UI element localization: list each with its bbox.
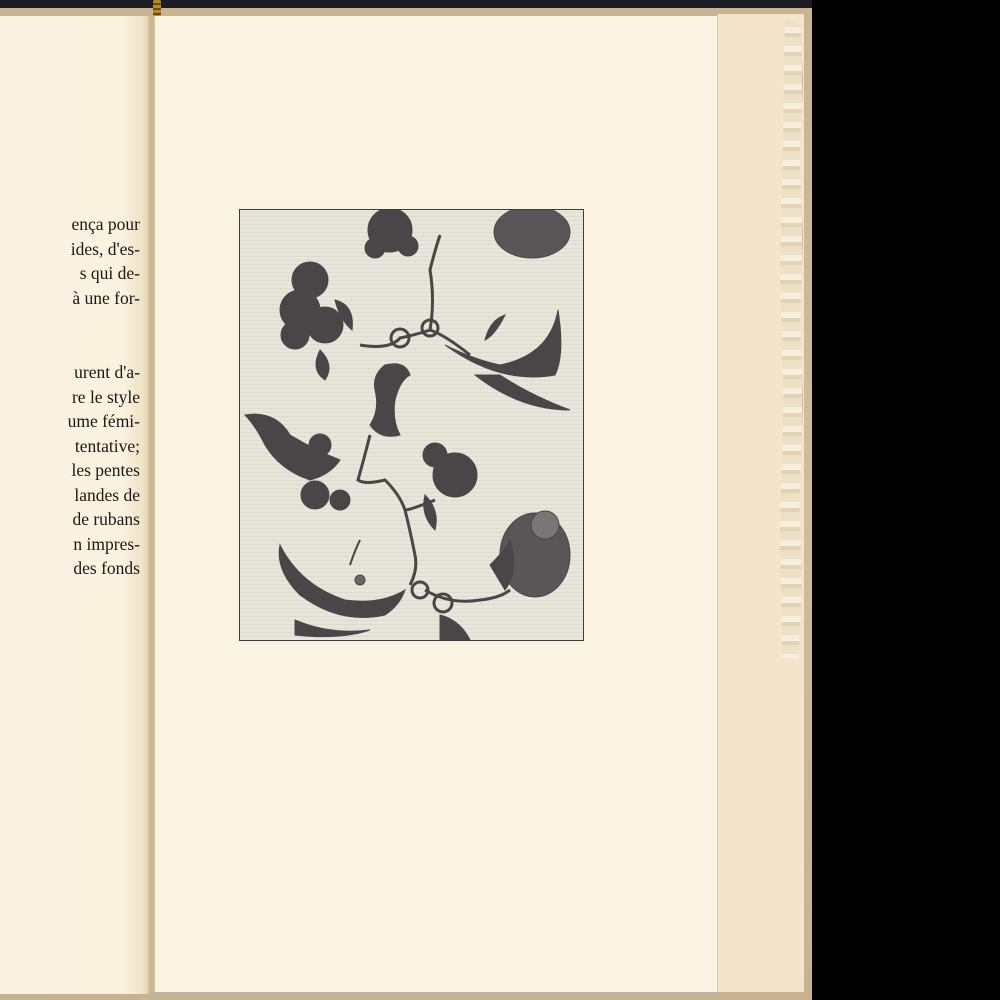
text-line: n impres- — [0, 532, 140, 557]
binding-thread — [153, 0, 161, 16]
text-line: des fonds — [0, 556, 140, 581]
left-paragraph-2: urent d'a- re le style ume fémi- tentati… — [0, 360, 140, 581]
deckle-edge — [780, 18, 803, 658]
page-bottom-edge — [150, 992, 720, 995]
text-line: re le style — [0, 385, 140, 410]
text-line: tentative; — [0, 434, 140, 459]
top-edge — [0, 0, 812, 8]
text-line: ume fémi- — [0, 409, 140, 434]
left-paragraph-1: ença pour ides, d'es- s qui de- à une fo… — [0, 212, 140, 310]
left-page: ença pour ides, d'es- s qui de- à une fo… — [0, 16, 152, 994]
floral-pattern-image — [240, 210, 583, 640]
textile-plate-illustration — [239, 209, 584, 641]
text-line: à une for- — [0, 286, 140, 311]
text-line: s qui de- — [0, 261, 140, 286]
text-line: landes de — [0, 483, 140, 508]
text-line: de rubans — [0, 507, 140, 532]
text-line: les pentes — [0, 458, 140, 483]
text-line: ença pour — [0, 212, 140, 237]
text-line: urent d'a- — [0, 360, 140, 385]
book-spread: ença pour ides, d'es- s qui de- à une fo… — [0, 0, 1000, 1000]
text-line: ides, d'es- — [0, 237, 140, 262]
